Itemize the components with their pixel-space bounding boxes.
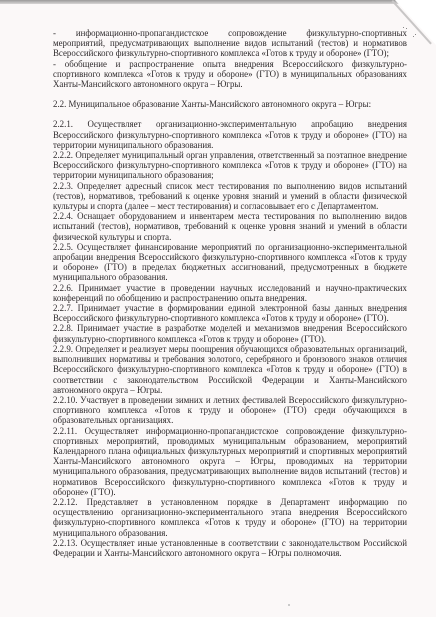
clause-paragraph: 2.2.7. Принимает участие в формировании … bbox=[53, 303, 407, 323]
bullet-paragraph: - обобщение и распространение опыта внед… bbox=[53, 59, 407, 90]
scanned-page: - информационно-пропагандистское сопрово… bbox=[0, 0, 436, 617]
clause-paragraph: 2.2.4. Оснащает оборудованием и инвентар… bbox=[53, 211, 407, 242]
clause-paragraph: 2.2.1. Осуществляет организационно-экспе… bbox=[53, 119, 407, 150]
bullet-paragraph: - информационно-пропагандистское сопрово… bbox=[53, 28, 407, 59]
scan-mark bbox=[288, 604, 290, 606]
section-heading: 2.2. Муниципальное образование Ханты-Ман… bbox=[53, 99, 407, 109]
clause-paragraph: 2.2.12. Представляет в установленном пор… bbox=[53, 497, 407, 538]
scan-top-edge bbox=[0, 0, 400, 4]
clause-paragraph: 2.2.9. Определяет и реализует меры поощр… bbox=[53, 344, 407, 395]
clause-paragraph: 2.2.8. Принимает участие в разработке мо… bbox=[53, 323, 407, 343]
clause-paragraph: 2.2.10. Участвует в проведении зимних и … bbox=[53, 395, 407, 426]
clause-paragraph: 2.2.2. Определяет муниципальный орган уп… bbox=[53, 150, 407, 181]
document-body: - информационно-пропагандистское сопрово… bbox=[53, 28, 407, 558]
clause-paragraph: 2.2.6. Принимает участие в проведении на… bbox=[53, 283, 407, 303]
clause-paragraph: 2.2.5. Осуществляет финансирование мероп… bbox=[53, 242, 407, 283]
clause-paragraph: 2.2.13. Осуществляет иные установленные … bbox=[53, 538, 407, 558]
clause-paragraph: 2.2.11. Осуществляет информационно-пропа… bbox=[53, 426, 407, 497]
clause-paragraph: 2.2.3. Определяет адресный список мест т… bbox=[53, 181, 407, 212]
